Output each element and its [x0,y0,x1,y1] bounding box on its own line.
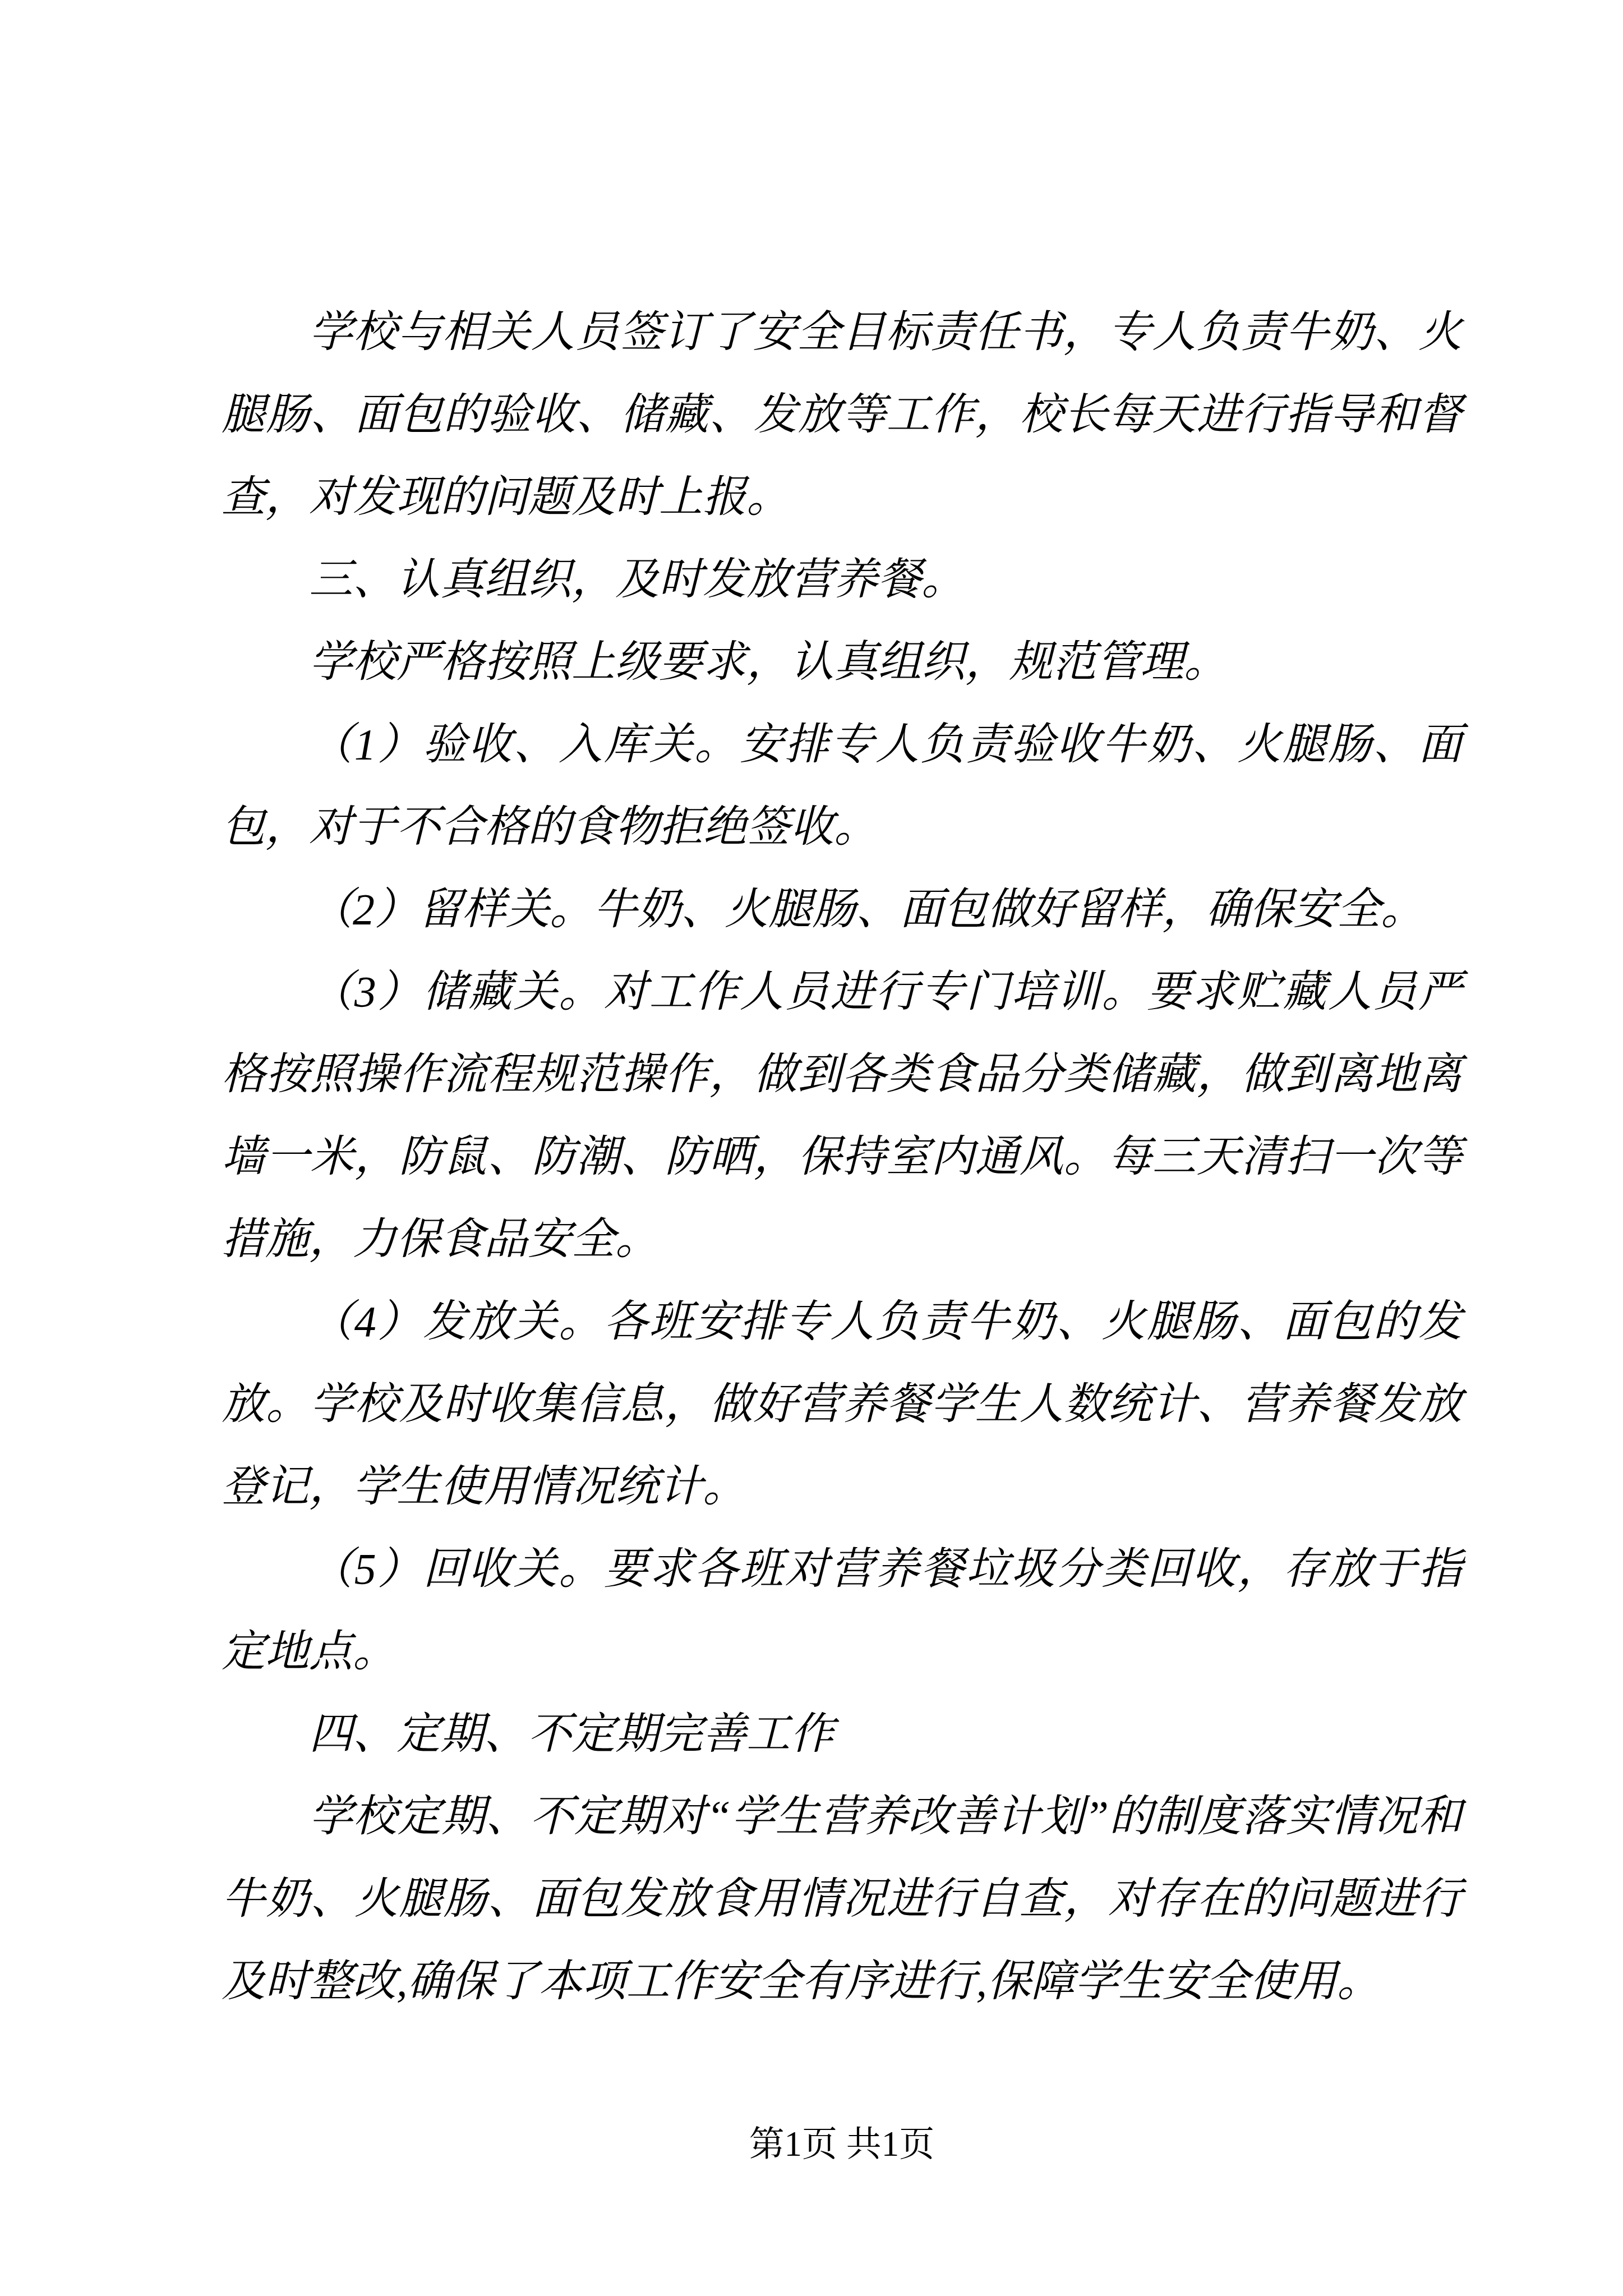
paragraph: 学校定期、不定期对“学生营养改善计划”的制度落实情况和牛奶、火腿肠、面包发放食用… [222,1775,1462,2022]
document-body: 学校与相关人员签订了安全目标责任书，专人负责牛奶、火腿肠、面包的验收、储藏、发放… [222,291,1462,2022]
paragraph: 三、认真组织，及时发放营养餐。 [222,538,1462,620]
document-page: 学校与相关人员签订了安全目标责任书，专人负责牛奶、火腿肠、面包的验收、储藏、发放… [0,0,1623,2296]
paragraph: （4）发放关。各班安排专人负责牛奶、火腿肠、面包的发放。学校及时收集信息，做好营… [222,1280,1462,1527]
paragraph: （2）留样关。牛奶、火腿肠、面包做好留样，确保安全。 [222,868,1462,950]
paragraph: （3）储藏关。对工作人员进行专门培训。要求贮藏人员严格按照操作流程规范操作，做到… [222,950,1462,1280]
paragraph: （1）验收、入库关。安排专人负责验收牛奶、火腿肠、面包，对于不合格的食物拒绝签收… [222,703,1462,868]
page-footer: 第1页 共1页 [222,2122,1462,2166]
paragraph: 学校严格按照上级要求，认真组织，规范管理。 [222,620,1462,703]
paragraph: 四、定期、不定期完善工作 [222,1692,1462,1775]
paragraph: （5）回收关。要求各班对营养餐垃圾分类回收，存放于指定地点。 [222,1527,1462,1692]
paragraph: 学校与相关人员签订了安全目标责任书，专人负责牛奶、火腿肠、面包的验收、储藏、发放… [222,291,1462,538]
page-number-label: 第1页 共1页 [749,2124,935,2164]
